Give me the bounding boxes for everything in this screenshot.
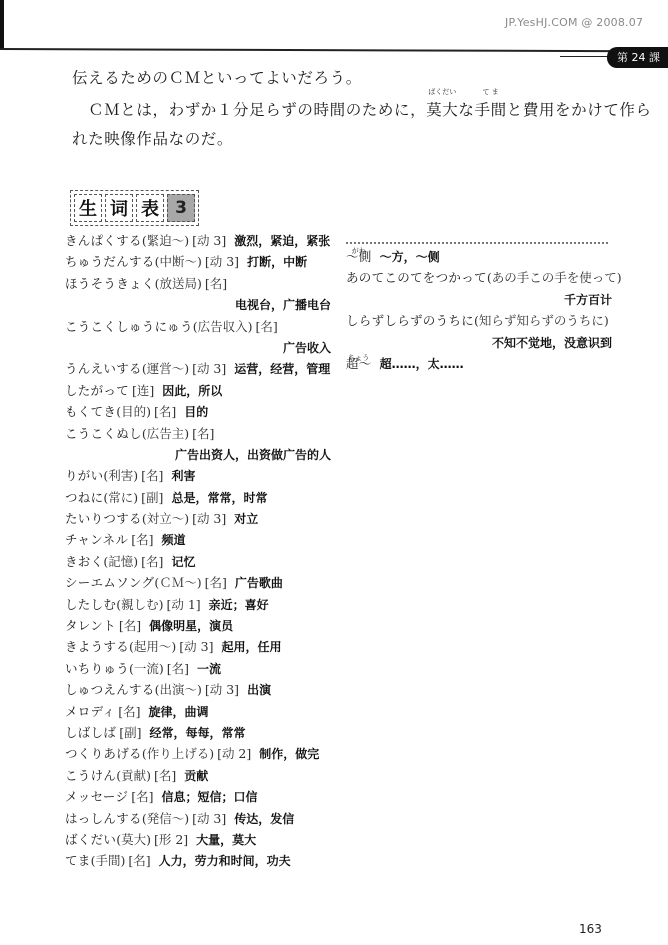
vocab-part-of-speech: [动 3] bbox=[192, 233, 226, 248]
vocab-meaning-continuation: 广告收入 bbox=[65, 337, 335, 358]
vocab-meaning: 电视台，广播电台 bbox=[235, 298, 331, 312]
vocab-meaning: 广告歌曲 bbox=[235, 576, 283, 590]
vocab-ruby: ちょう超～ bbox=[346, 353, 372, 374]
vocab-meaning: 目的 bbox=[184, 405, 208, 419]
vocab-entry: あのてこのてをつかって(あの手この手を使って) bbox=[346, 267, 616, 288]
vocab-kana: ばくだい bbox=[65, 832, 116, 847]
vocab-meaning: 对立 bbox=[234, 512, 258, 526]
vocab-part-of-speech: [动 1] bbox=[166, 597, 200, 612]
vocab-kana: タレント bbox=[65, 618, 116, 633]
vocab-kana: こうこくしゅうにゅう bbox=[65, 319, 193, 334]
vocab-part-of-speech: [名] bbox=[141, 468, 163, 483]
vocab-entry: てま(手間)[名]人力，劳力和时间，功夫 bbox=[65, 850, 335, 871]
vocab-kanji: (作り上げる) bbox=[142, 746, 214, 761]
body-line-2-end: と費用をかけて作ら bbox=[507, 101, 652, 119]
vocab-kana: ちゅうだんする bbox=[65, 254, 155, 269]
page-number: 163 bbox=[579, 922, 602, 936]
vocab-list-right: がわ～側～方，～侧あのてこのてをつかって(あの手この手を使って)千方百计しらずし… bbox=[346, 230, 616, 374]
vocab-kanji: (親しむ) bbox=[116, 597, 163, 612]
vocab-kanji: (貢献) bbox=[116, 768, 151, 783]
vocab-part-of-speech: [名] bbox=[141, 554, 163, 569]
vocab-kanji: (緊迫～) bbox=[142, 233, 189, 248]
vocab-entry: メロディ[名]旋律，曲调 bbox=[65, 701, 335, 722]
vocab-kanji: (広告収入) bbox=[193, 319, 253, 334]
vocab-kanji: (手間) bbox=[91, 853, 126, 868]
vocab-part-of-speech: [名] bbox=[205, 575, 227, 590]
vocab-part-of-speech: [名] bbox=[154, 404, 176, 419]
vocab-entry: シーエムソング(ＣＭ～)[名]广告歌曲 bbox=[65, 572, 335, 593]
vocab-part-of-speech: [名] bbox=[119, 618, 141, 633]
vocab-heading-char: 词 bbox=[105, 194, 133, 222]
ruby-tema: て ま手間 bbox=[475, 98, 507, 120]
vocab-part-of-speech: [名] bbox=[128, 853, 150, 868]
vocab-entry: したがって[连]因此，所以 bbox=[65, 380, 335, 401]
vocab-kana: つくりあげる bbox=[65, 746, 142, 761]
vocab-entry: ばくだい(莫大)[形 2]大量，莫大 bbox=[65, 829, 335, 850]
vocab-meaning: 人力，劳力和时间，功夫 bbox=[159, 854, 291, 868]
vocab-entry: いちりゅう(一流)[名]一流 bbox=[65, 658, 335, 679]
vocab-kanji: (ＣＭ～) bbox=[154, 575, 201, 590]
vocab-meaning: 贡献 bbox=[184, 769, 208, 783]
vocab-meaning: 广告收入 bbox=[283, 341, 331, 355]
vocab-kana: しらずしらずのうちに bbox=[346, 313, 474, 328]
vocab-meaning: 千方百计 bbox=[564, 293, 612, 307]
vocab-kana: したがって bbox=[65, 383, 129, 398]
vocab-part-of-speech: [副] bbox=[141, 490, 163, 505]
vocab-kanji: (記憶) bbox=[103, 554, 138, 569]
vocab-part-of-speech: [动 3] bbox=[205, 682, 239, 697]
vocab-meaning-continuation: 电视台，广播电台 bbox=[65, 294, 335, 315]
watermark: JP.YesHJ.COM @ 2008.07 bbox=[505, 16, 643, 29]
vocab-entry: タレント[名]偶像明星，演员 bbox=[65, 615, 335, 636]
vocab-kana: チャンネル bbox=[65, 532, 128, 547]
vocab-heading-char: 表 bbox=[136, 194, 164, 222]
vocab-kanji: (あの手この手を使って) bbox=[487, 270, 622, 285]
vocab-entry: きおく(記憶)[名]记忆 bbox=[65, 551, 335, 572]
body-line-2-mid: な bbox=[458, 101, 474, 119]
vocab-part-of-speech: [名] bbox=[256, 319, 278, 334]
vocab-entry: こうこくぬし(広告主)[名] bbox=[65, 423, 335, 444]
vocab-part-of-speech: [名] bbox=[192, 426, 214, 441]
dotted-divider bbox=[346, 230, 608, 244]
vocab-kana: ほうそうきょく bbox=[65, 276, 155, 291]
vocab-heading-char: 生 bbox=[74, 194, 102, 222]
vocab-kana: しばしば bbox=[65, 725, 116, 740]
vocab-meaning: 起用，任用 bbox=[221, 640, 281, 654]
vocab-kana: メッセージ bbox=[65, 789, 128, 804]
vocab-kana: いちりゅう bbox=[65, 661, 129, 676]
vocab-kanji: (利害) bbox=[103, 468, 138, 483]
vocab-kanji: (出演～) bbox=[155, 682, 202, 697]
vocab-part-of-speech: [名] bbox=[131, 789, 153, 804]
page-edge-mark bbox=[0, 0, 4, 50]
vocab-meaning: 超……，太…… bbox=[380, 357, 464, 371]
vocab-entry: ちょう超～超……，太…… bbox=[346, 353, 616, 374]
vocab-meaning: 出演 bbox=[247, 683, 271, 697]
vocab-kanji: (広告主) bbox=[142, 426, 189, 441]
vocab-kana: こうこくぬし bbox=[65, 426, 142, 441]
vocab-kana: メロディ bbox=[65, 704, 115, 719]
vocab-part-of-speech: [动 2] bbox=[217, 746, 251, 761]
vocab-kana: しゅつえんする bbox=[65, 682, 155, 697]
vocab-kana: うんえいする bbox=[65, 361, 142, 376]
vocab-part-of-speech: [形 2] bbox=[154, 832, 188, 847]
vocab-entry: ほうそうきょく(放送局)[名] bbox=[65, 273, 335, 294]
vocab-part-of-speech: [动 3] bbox=[192, 361, 226, 376]
vocab-kana: りがい bbox=[65, 468, 103, 483]
vocab-meaning: 总是，常常，时常 bbox=[171, 491, 267, 505]
vocab-part-of-speech: [副] bbox=[119, 725, 141, 740]
ruby-reading: ちょう bbox=[346, 348, 372, 369]
vocab-part-of-speech: [名] bbox=[118, 704, 140, 719]
vocab-kanji: (運営～) bbox=[142, 361, 189, 376]
vocab-part-of-speech: [连] bbox=[132, 383, 154, 398]
ruby-base: 莫大 bbox=[426, 101, 458, 119]
vocab-kana: こうけん bbox=[65, 768, 116, 783]
vocab-entry: しゅつえんする(出演～)[动 3]出演 bbox=[65, 679, 335, 700]
vocab-entry: メッセージ[名]信息；短信；口信 bbox=[65, 786, 335, 807]
vocab-meaning: 不知不觉地，没意识到 bbox=[492, 336, 612, 350]
vocab-entry: たいりつする(対立～)[动 3]对立 bbox=[65, 508, 335, 529]
vocab-entry: しばしば[副]经常，每每，常常 bbox=[65, 722, 335, 743]
ruby-reading: がわ bbox=[346, 241, 372, 262]
vocab-list-left: きんぱくする(緊迫～)[动 3]激烈，紧迫，紧张ちゅうだんする(中断～)[动 3… bbox=[65, 230, 335, 872]
vocab-kanji: (莫大) bbox=[116, 832, 151, 847]
vocab-kana: したしむ bbox=[65, 597, 116, 612]
vocab-kanji: (知らず知らずのうちに) bbox=[474, 313, 609, 328]
vocab-meaning: 制作，做完 bbox=[259, 747, 319, 761]
lesson-badge: 第 24 課 bbox=[607, 47, 668, 68]
lesson-badge-connector bbox=[560, 56, 610, 57]
vocab-kana: きおく bbox=[65, 554, 103, 569]
vocab-meaning: 频道 bbox=[162, 533, 186, 547]
vocab-kanji: (放送局) bbox=[155, 276, 202, 291]
vocab-entry: はっしんする(発信～)[动 3]传达，发信 bbox=[65, 808, 335, 829]
body-line-3: れた映像作品なのだ。 bbox=[72, 127, 233, 149]
vocab-kanji: (中断～) bbox=[155, 254, 202, 269]
vocab-entry: もくてき(目的)[名]目的 bbox=[65, 401, 335, 422]
vocab-meaning: 旋律，曲调 bbox=[148, 705, 208, 719]
vocab-kanji: (対立～) bbox=[142, 511, 189, 526]
body-line-2: ＣＭとは，わずか１分足らずの時間のために，ばくだい莫大なて ま手間と費用をかけて… bbox=[72, 98, 652, 120]
vocab-meaning: ～方，～侧 bbox=[380, 250, 440, 264]
ruby-bakudai: ばくだい莫大 bbox=[426, 98, 458, 120]
vocab-entry: きようする(起用～)[动 3]起用，任用 bbox=[65, 636, 335, 657]
vocab-meaning: 传达，发信 bbox=[234, 812, 294, 826]
vocab-part-of-speech: [动 3] bbox=[192, 811, 226, 826]
vocab-kanji: (発信～) bbox=[142, 811, 189, 826]
vocab-entry: こうこくしゅうにゅう(広告収入)[名] bbox=[65, 316, 335, 337]
vocab-meaning-continuation: 千方百计 bbox=[346, 289, 616, 310]
vocab-part-of-speech: [动 3] bbox=[179, 639, 213, 654]
vocab-kana: きようする bbox=[65, 639, 129, 654]
vocab-meaning-continuation: 不知不觉地，没意识到 bbox=[346, 332, 616, 353]
vocab-meaning: 一流 bbox=[197, 662, 221, 676]
body-line-2-start: ＣＭとは，わずか１分足らずの時間のために， bbox=[72, 101, 426, 119]
vocab-meaning: 经常，每每，常常 bbox=[149, 726, 245, 740]
vocab-kanji: (常に) bbox=[103, 490, 138, 505]
vocab-kana: はっしんする bbox=[65, 811, 142, 826]
vocab-entry: つくりあげる(作り上げる)[动 2]制作，做完 bbox=[65, 743, 335, 764]
vocab-part-of-speech: [动 3] bbox=[205, 254, 239, 269]
vocab-meaning: 广告出资人，出资做广告的人 bbox=[175, 448, 331, 462]
vocab-meaning: 因此，所以 bbox=[162, 384, 222, 398]
vocab-entry: しらずしらずのうちに(知らず知らずのうちに) bbox=[346, 310, 616, 331]
vocab-part-of-speech: [名] bbox=[154, 768, 176, 783]
ruby-reading: て ま bbox=[475, 87, 507, 97]
vocab-meaning: 运营，经营，管理 bbox=[234, 362, 330, 376]
vocab-kana: たいりつする bbox=[65, 511, 142, 526]
vocab-entry: ちゅうだんする(中断～)[动 3]打断，中断 bbox=[65, 251, 335, 272]
vocab-meaning: 记忆 bbox=[171, 555, 195, 569]
vocab-meaning: 亲近；喜好 bbox=[209, 598, 269, 612]
vocab-heading: 生 词 表 3 bbox=[70, 190, 199, 226]
vocab-entry: がわ～側～方，～侧 bbox=[346, 246, 616, 267]
header-rule bbox=[0, 48, 640, 52]
vocab-kana: てま bbox=[65, 853, 91, 868]
ruby-reading: ばくだい bbox=[426, 87, 458, 97]
vocab-part-of-speech: [名] bbox=[131, 532, 153, 547]
body-line-1: 伝えるためのＣＭといってよいだろう。 bbox=[72, 66, 362, 88]
vocab-kanji: (一流) bbox=[129, 661, 164, 676]
vocab-ruby: がわ～側 bbox=[346, 246, 372, 267]
ruby-base: 手間 bbox=[475, 101, 507, 119]
vocab-kanji: (起用～) bbox=[129, 639, 176, 654]
vocab-kana: もくてき bbox=[65, 404, 116, 419]
vocab-meaning: 大量，莫大 bbox=[196, 833, 256, 847]
vocab-meaning: 偶像明星，演员 bbox=[149, 619, 233, 633]
vocab-meaning: 打断，中断 bbox=[247, 255, 307, 269]
vocab-meaning: 信息；短信；口信 bbox=[162, 790, 258, 804]
vocab-kana: あのてこのてをつかって bbox=[346, 270, 487, 285]
vocab-meaning-continuation: 广告出资人，出资做广告的人 bbox=[65, 444, 335, 465]
vocab-entry: うんえいする(運営～)[动 3]运营，经营，管理 bbox=[65, 358, 335, 379]
vocab-part-of-speech: [名] bbox=[205, 276, 227, 291]
vocab-entry: きんぱくする(緊迫～)[动 3]激烈，紧迫，紧张 bbox=[65, 230, 335, 251]
vocab-meaning: 激烈，紧迫，紧张 bbox=[234, 234, 330, 248]
vocab-kanji: (目的) bbox=[116, 404, 151, 419]
vocab-kana: きんぱくする bbox=[65, 233, 142, 248]
vocab-kana: つねに bbox=[65, 490, 103, 505]
vocab-kana: シーエムソング bbox=[65, 575, 154, 590]
vocab-part-of-speech: [动 3] bbox=[192, 511, 226, 526]
vocab-meaning: 利害 bbox=[171, 469, 195, 483]
vocab-heading-number: 3 bbox=[167, 194, 195, 222]
vocab-entry: こうけん(貢献)[名]贡献 bbox=[65, 765, 335, 786]
vocab-entry: したしむ(親しむ)[动 1]亲近；喜好 bbox=[65, 594, 335, 615]
vocab-entry: つねに(常に)[副]总是，常常，时常 bbox=[65, 487, 335, 508]
vocab-entry: チャンネル[名]频道 bbox=[65, 529, 335, 550]
vocab-entry: りがい(利害)[名]利害 bbox=[65, 465, 335, 486]
vocab-part-of-speech: [名] bbox=[167, 661, 189, 676]
